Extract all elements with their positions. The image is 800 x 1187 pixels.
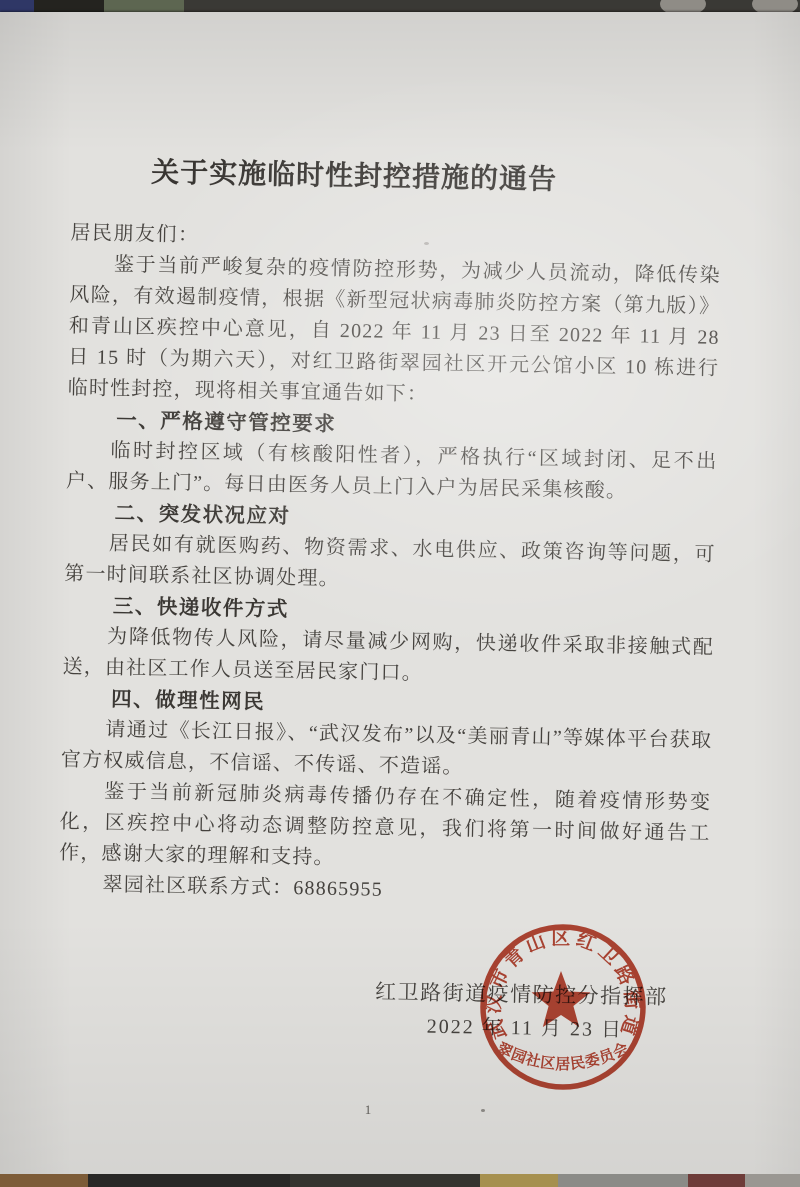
desk-background-bottom bbox=[0, 1174, 800, 1187]
floor-object-tan bbox=[480, 1174, 558, 1187]
closing-paragraph: 鉴于当前新冠肺炎病毒传播仍存在不确定性，随着疫情形势变化，区疾控中心将动态调整防… bbox=[59, 776, 712, 881]
floor-object-maroon bbox=[688, 1174, 745, 1187]
floor-shadow bbox=[290, 1174, 480, 1187]
paper-speck bbox=[424, 242, 429, 245]
intro-paragraph: 鉴于当前严峻复杂的疫情防控形势，为减少人员流动，降低传染风险，有效遏制疫情，根据… bbox=[67, 249, 721, 416]
notice-document: 关于实施临时性封控措施的通告 居民朋友们： 鉴于当前严峻复杂的疫情防控形势，为减… bbox=[56, 152, 723, 1051]
paper-speck bbox=[481, 1109, 485, 1112]
photo-of-notice: 关于实施临时性封控措施的通告 居民朋友们： 鉴于当前严峻复杂的疫情防控形势，为减… bbox=[0, 0, 800, 1187]
desk-edge-wood bbox=[0, 1174, 88, 1187]
seal-star-icon bbox=[532, 971, 591, 1027]
page-number: 1 bbox=[358, 1102, 378, 1118]
official-seal-stamp: 武汉市青山区红卫路街道 翠园社区居民委员会 bbox=[477, 921, 649, 1093]
floor-shadow bbox=[88, 1174, 290, 1187]
notice-title: 关于实施临时性封控措施的通告 bbox=[28, 151, 680, 201]
notice-paper: 关于实施临时性封控措施的通告 居民朋友们： 鉴于当前严峻复杂的疫情防控形势，为减… bbox=[0, 12, 800, 1174]
floor-object-light bbox=[745, 1174, 800, 1187]
floor-object-gray bbox=[558, 1174, 688, 1187]
